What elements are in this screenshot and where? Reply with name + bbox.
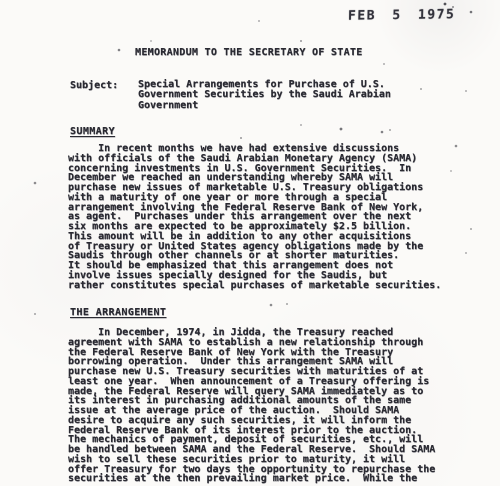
section-heading-arrangement: THE ARRANGEMENT — [70, 307, 166, 318]
memo-title: MEMORANDUM TO THE SECRETARY OF STATE — [135, 47, 363, 58]
date-stamp: FEB 5 1975 — [348, 7, 456, 24]
section-body-arrangement: In December, 1974, in Jidda, the Treasur… — [68, 328, 435, 484]
section-heading-summary: SUMMARY — [70, 126, 115, 137]
subject-label: Subject: — [70, 80, 118, 91]
section-body-summary: In recent months we have had extensive d… — [68, 144, 441, 290]
subject-text: Special Arrangements for Purchase of U.S… — [138, 80, 391, 111]
memo-page: FEB 5 1975 MEMORANDUM TO THE SECRETARY O… — [0, 0, 500, 486]
